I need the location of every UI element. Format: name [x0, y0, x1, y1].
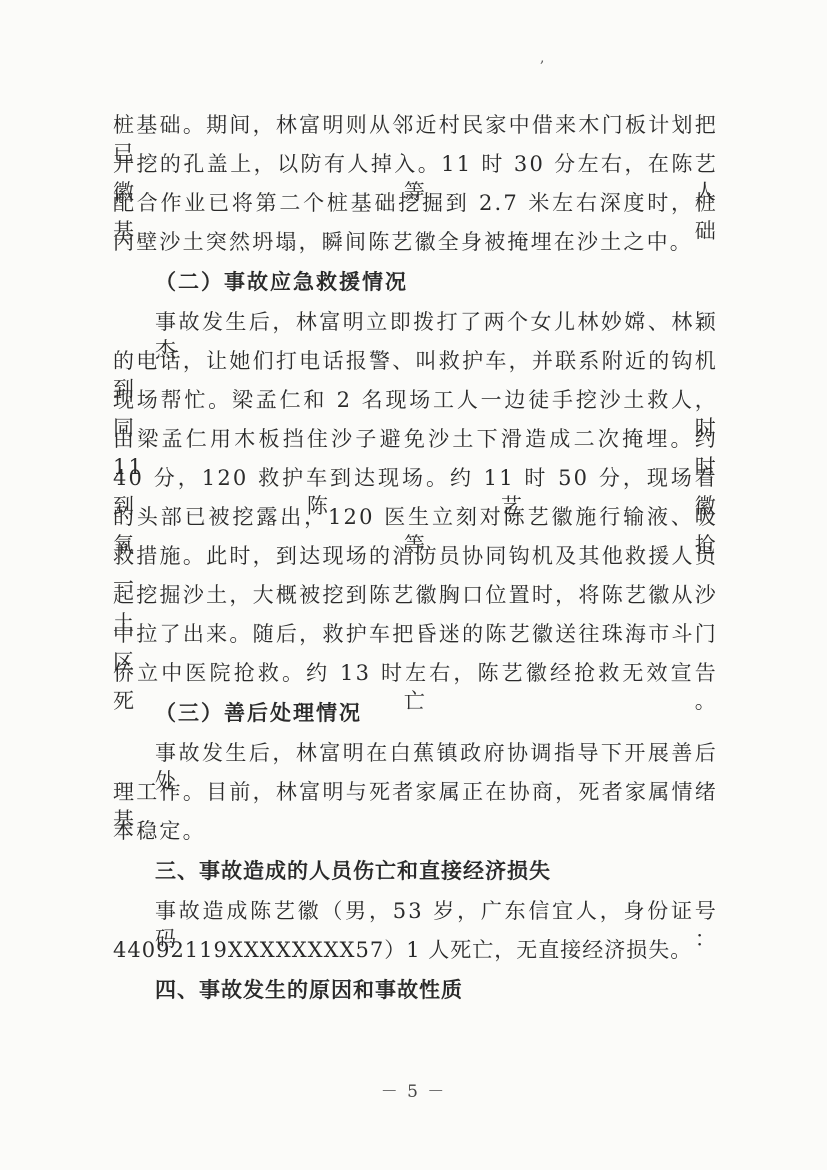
document-page: , 桩基础。期间，林富明则从邻近村民家中借来木门板计划把已 开挖的孔盖上，以防有… — [0, 0, 827, 1170]
section-subheading-aftermath: （三）善后处理情况 — [155, 699, 760, 727]
paragraph-line: 内壁沙土突然坍塌，瞬间陈艺徽全身被掩埋在沙土之中。 — [113, 228, 718, 256]
section-heading-casualties: 三、事故造成的人员伤亡和直接经济损失 — [155, 857, 760, 885]
paragraph-line: 本稳定。 — [113, 817, 718, 845]
paragraph-line: 44092119XXXXXXXX57）1 人死亡，无直接经济损失。 — [113, 936, 718, 964]
section-subheading-rescue: （二）事故应急救援情况 — [155, 268, 760, 296]
page-number: － 5 － — [0, 1077, 827, 1102]
section-heading-causes: 四、事故发生的原因和事故性质 — [155, 976, 760, 1004]
stray-mark: , — [540, 50, 544, 66]
